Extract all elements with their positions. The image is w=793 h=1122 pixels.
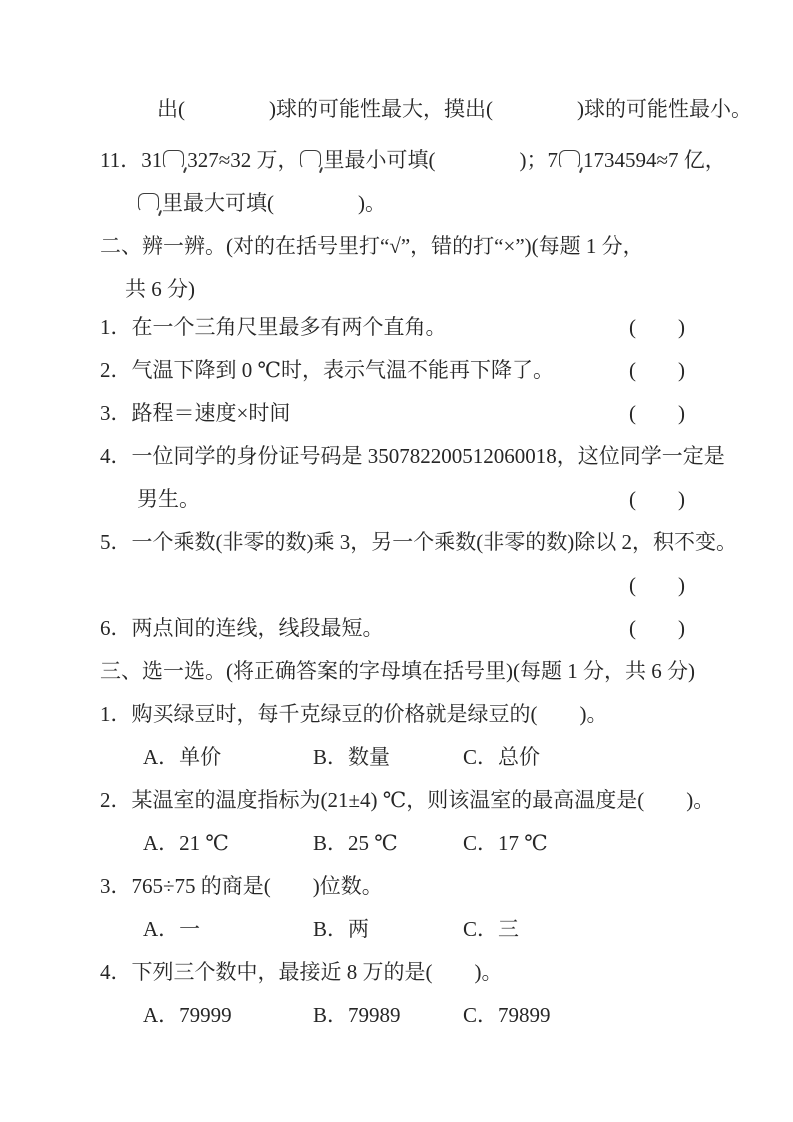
- option-c: C．79899: [463, 994, 551, 1037]
- option-a: A．一: [143, 908, 313, 951]
- question-11-seg1: 31: [141, 148, 162, 172]
- answer-bracket: ( ): [629, 478, 685, 521]
- tf-item-5-line-1: 5．一个乘数(非零的数)乘 3，另一个乘数(非零的数)除以 2，积不变。: [100, 521, 685, 564]
- digit-box-icon: [163, 150, 184, 169]
- section-2-heading-text: 二、辨一辨。(对的在括号里打“√”，错的打“×”)(每题 1 分，: [100, 234, 644, 258]
- tf-item-2: 2．气温下降到 0 ℃时，表示气温不能再下降了。 ( ): [100, 349, 685, 392]
- digit-box-icon: [559, 150, 580, 169]
- tf-text: 一位同学的身份证号码是 350782200512060018，这位同学一定是: [132, 444, 725, 468]
- question-number: 3．: [100, 874, 132, 898]
- question-11-line-1: 11．31327≈32 万，里最小可填( )；71734594≈7 亿，: [100, 139, 685, 182]
- section-2-heading-text2: 共 6 分): [125, 277, 195, 301]
- option-b: B．两: [313, 908, 463, 951]
- question-number: 6．: [100, 616, 132, 640]
- tf-text: 气温下降到 0 ℃时，表示气温不能再下降了。: [132, 358, 555, 382]
- question-number: 5．: [100, 530, 132, 554]
- tf-item-3: 3．路程＝速度×时间 ( ): [100, 392, 685, 435]
- question-11-seg2: 327≈32 万，: [187, 148, 298, 172]
- tf-item-6: 6．两点间的连线，线段最短。 ( ): [100, 607, 685, 650]
- mc-stem-text: 下列三个数中，最接近 8 万的是( )。: [132, 960, 503, 984]
- tf-item-5-bracket-line: ( ): [100, 564, 685, 607]
- tf-item-2-text: 2．气温下降到 0 ℃时，表示气温不能再下降了。: [100, 349, 554, 392]
- mc-question-2-stem: 2．某温室的温度指标为(21±4) ℃，则该温室的最高温度是( )。: [100, 779, 685, 822]
- tf-item-4-line-1: 4．一位同学的身份证号码是 350782200512060018，这位同学一定是: [100, 435, 685, 478]
- digit-box-icon: [300, 150, 321, 169]
- question-number: 4．: [100, 444, 132, 468]
- mc-stem-text: 某温室的温度指标为(21±4) ℃，则该温室的最高温度是( )。: [132, 788, 715, 812]
- option-a: A．单价: [143, 736, 313, 779]
- option-b: B．数量: [313, 736, 463, 779]
- option-a: A．79999: [143, 994, 313, 1037]
- mc-stem-text: 765÷75 的商是( )位数。: [132, 874, 383, 898]
- question-11-seg4: 1734594≈7 亿，: [583, 148, 726, 172]
- mc-question-1-options: A．单价 B．数量 C．总价: [100, 736, 685, 779]
- option-c: C．总价: [463, 736, 540, 779]
- tf-item-4-line-2: 男生。 ( ): [100, 478, 685, 521]
- answer-bracket: ( ): [629, 306, 685, 349]
- section-3-heading: 三、选一选。(将正确答案的字母填在括号里)(每题 1 分，共 6 分): [100, 650, 685, 693]
- digit-box-icon: [138, 193, 159, 212]
- question-number: 2．: [100, 358, 132, 382]
- tf-item-4-text2: 男生。: [137, 478, 200, 521]
- mc-question-3-options: A．一 B．两 C．三: [100, 908, 685, 951]
- mc-question-2-options: A．21 ℃ B．25 ℃ C．17 ℃: [100, 822, 685, 865]
- question-number: 4．: [100, 960, 132, 984]
- section-2-heading-line-2: 共 6 分): [125, 268, 685, 311]
- question-11-line-2: 里最大可填( )。: [137, 182, 685, 225]
- answer-bracket: ( ): [629, 573, 685, 597]
- section-2-heading-line-1: 二、辨一辨。(对的在括号里打“√”，错的打“×”)(每题 1 分，: [100, 225, 685, 268]
- tf-text: 两点间的连线，线段最短。: [132, 616, 384, 640]
- tf-text: 路程＝速度×时间: [132, 401, 291, 425]
- question-10-text: 出( )球的可能性最大，摸出( )球的可能性最小。: [157, 97, 752, 121]
- option-c: C．17 ℃: [463, 822, 548, 865]
- option-b: B．79989: [313, 994, 463, 1037]
- question-10-continuation: 出( )球的可能性最大，摸出( )球的可能性最小。: [157, 88, 685, 131]
- question-number: 1．: [100, 315, 132, 339]
- question-11-seg3: 里最小可填( )；7: [324, 148, 559, 172]
- question-number: 3．: [100, 401, 132, 425]
- question-number: 2．: [100, 788, 132, 812]
- exam-page: 出( )球的可能性最大，摸出( )球的可能性最小。 11．31327≈32 万，…: [0, 0, 793, 1122]
- answer-bracket: ( ): [629, 607, 685, 650]
- tf-item-1: 1．在一个三角尺里最多有两个直角。 ( ): [100, 306, 685, 349]
- answer-bracket: ( ): [629, 392, 685, 435]
- option-b: B．25 ℃: [313, 822, 463, 865]
- mc-question-1-stem: 1．购买绿豆时，每千克绿豆的价格就是绿豆的( )。: [100, 693, 685, 736]
- tf-item-6-text: 6．两点间的连线，线段最短。: [100, 607, 384, 650]
- option-c: C．三: [463, 908, 519, 951]
- tf-item-1-text: 1．在一个三角尺里最多有两个直角。: [100, 306, 447, 349]
- question-number: 11．: [100, 148, 141, 172]
- mc-question-4-options: A．79999 B．79989 C．79899: [100, 994, 685, 1037]
- tf-text: 一个乘数(非零的数)乘 3，另一个乘数(非零的数)除以 2，积不变。: [132, 530, 737, 554]
- mc-question-4-stem: 4．下列三个数中，最接近 8 万的是( )。: [100, 951, 685, 994]
- mc-question-3-stem: 3．765÷75 的商是( )位数。: [100, 865, 685, 908]
- question-11-seg5: 里最大可填( )。: [162, 191, 386, 215]
- option-a: A．21 ℃: [143, 822, 313, 865]
- tf-item-3-text: 3．路程＝速度×时间: [100, 392, 290, 435]
- tf-text: 在一个三角尺里最多有两个直角。: [132, 315, 447, 339]
- question-number: 1．: [100, 702, 132, 726]
- answer-bracket: ( ): [629, 349, 685, 392]
- section-3-heading-text: 三、选一选。(将正确答案的字母填在括号里)(每题 1 分，共 6 分): [100, 659, 695, 683]
- mc-stem-text: 购买绿豆时，每千克绿豆的价格就是绿豆的( )。: [132, 702, 608, 726]
